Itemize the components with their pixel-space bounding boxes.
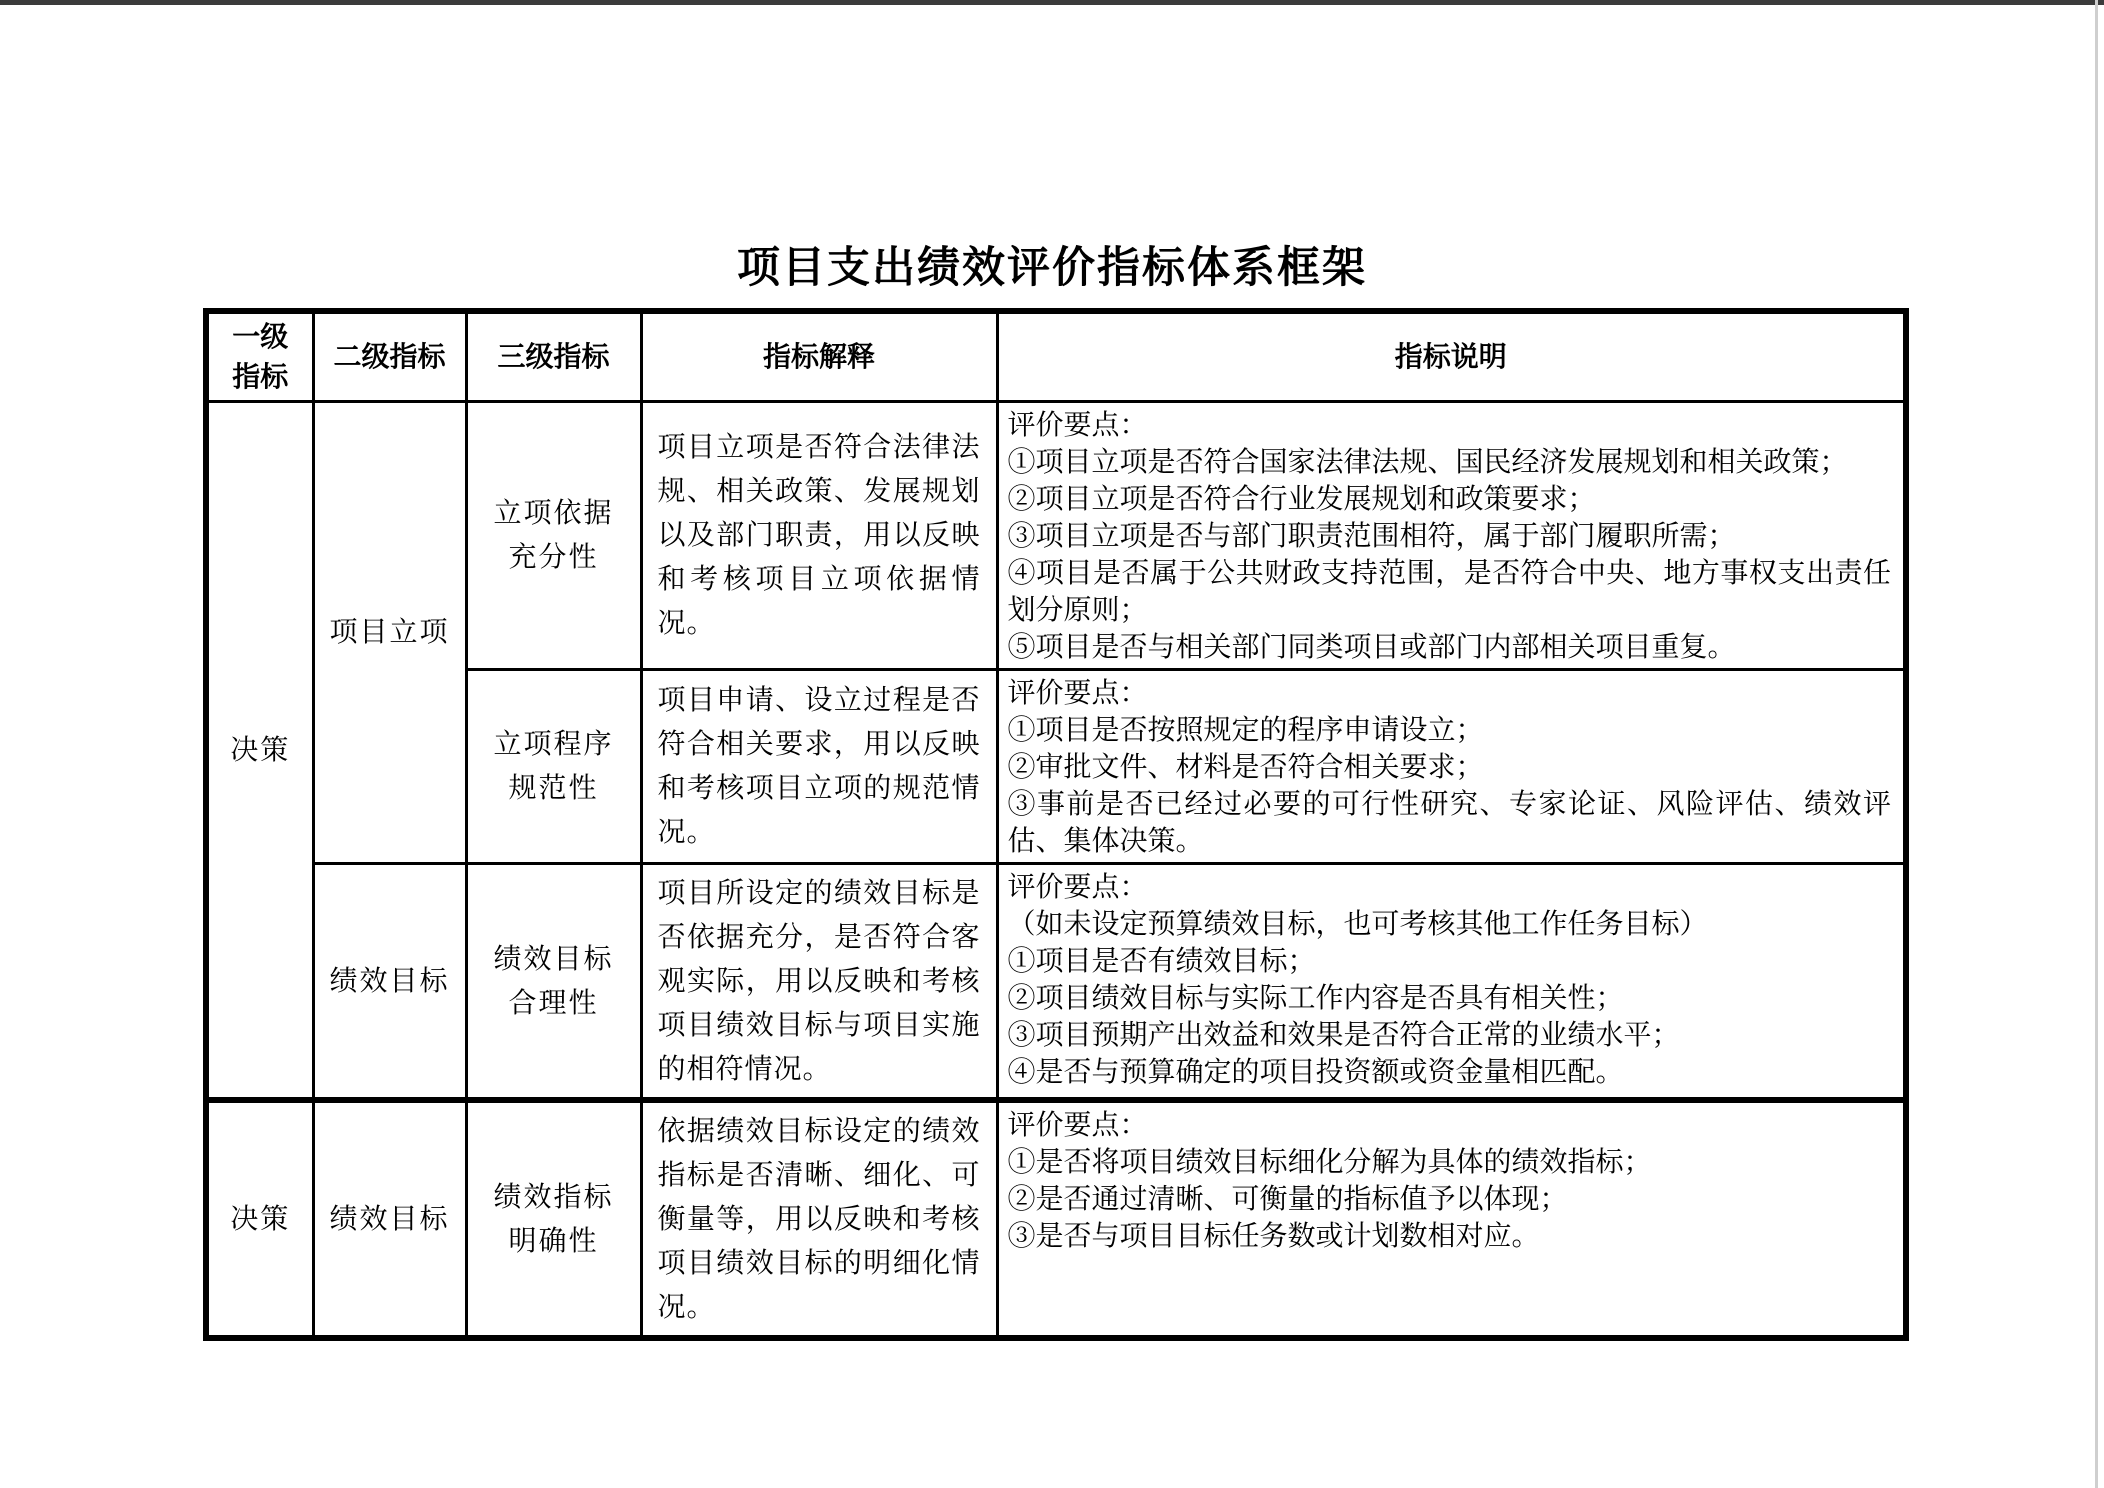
cell-description-initiation-procedure: 评价要点： ①项目是否按照规定的程序申请设立； ②审批文件、材料是否符合相关要求… <box>997 669 1906 863</box>
cell-level2-performance-goal-2: 绩效目标 <box>313 1100 466 1338</box>
indicator-framework-table: 一级 指标 二级指标 三级指标 指标解释 指标说明 决策 项目立项 立项依据 充… <box>203 308 1909 1341</box>
document-page: 项目支出绩效评价指标体系框架 一级 指标 二级指标 三级指标 指标解释 指标说明… <box>0 0 2104 1488</box>
cell-explanation-initiation-basis: 项目立项是否符合法律法规、相关政策、发展规划以及部门职责，用以反映和考核项目立项… <box>641 401 997 669</box>
cell-level1-decision: 决策 <box>206 401 313 1100</box>
cell-description-initiation-basis: 评价要点： ①项目立项是否符合国家法律法规、国民经济发展规划和相关政策； ②项目… <box>997 401 1906 669</box>
cell-level3-initiation-procedure: 立项程序 规范性 <box>466 669 641 863</box>
page-right-edge-line <box>2095 0 2098 1488</box>
header-level3-indicator: 三级指标 <box>466 311 641 401</box>
table-row: 决策 项目立项 立项依据 充分性 项目立项是否符合法律法规、相关政策、发展规划以… <box>206 401 1906 669</box>
header-indicator-explanation: 指标解释 <box>641 311 997 401</box>
cell-description-indicator-clarity: 评价要点： ①是否将项目绩效目标细化分解为具体的绩效指标； ②是否通过清晰、可衡… <box>997 1100 1906 1338</box>
cell-level3-goal-reasonableness: 绩效目标 合理性 <box>466 863 641 1100</box>
header-indicator-description: 指标说明 <box>997 311 1906 401</box>
header-level1-indicator: 一级 指标 <box>206 311 313 401</box>
cell-explanation-goal-reasonableness: 项目所设定的绩效目标是否依据充分，是否符合客观实际，用以反映和考核项目绩效目标与… <box>641 863 997 1100</box>
cell-explanation-initiation-procedure: 项目申请、设立过程是否符合相关要求，用以反映和考核项目立项的规范情况。 <box>641 669 997 863</box>
header-level2-indicator: 二级指标 <box>313 311 466 401</box>
window-top-bar <box>0 0 2104 5</box>
cell-level3-initiation-basis: 立项依据 充分性 <box>466 401 641 669</box>
table-row: 绩效目标 绩效目标 合理性 项目所设定的绩效目标是否依据充分，是否符合客观实际，… <box>206 863 1906 1100</box>
cell-level2-project-initiation: 项目立项 <box>313 401 466 863</box>
table-header-row: 一级 指标 二级指标 三级指标 指标解释 指标说明 <box>206 311 1906 401</box>
page-title: 项目支出绩效评价指标体系框架 <box>0 234 2104 295</box>
table-row: 决策 绩效目标 绩效指标 明确性 依据绩效目标设定的绩效指标是否清晰、细化、可衡… <box>206 1100 1906 1338</box>
cell-level2-performance-goal: 绩效目标 <box>313 863 466 1100</box>
cell-explanation-indicator-clarity: 依据绩效目标设定的绩效指标是否清晰、细化、可衡量等，用以反映和考核项目绩效目标的… <box>641 1100 997 1338</box>
cell-level1-decision-2: 决策 <box>206 1100 313 1338</box>
cell-description-goal-reasonableness: 评价要点： （如未设定预算绩效目标，也可考核其他工作任务目标） ①项目是否有绩效… <box>997 863 1906 1100</box>
cell-level3-indicator-clarity: 绩效指标 明确性 <box>466 1100 641 1338</box>
